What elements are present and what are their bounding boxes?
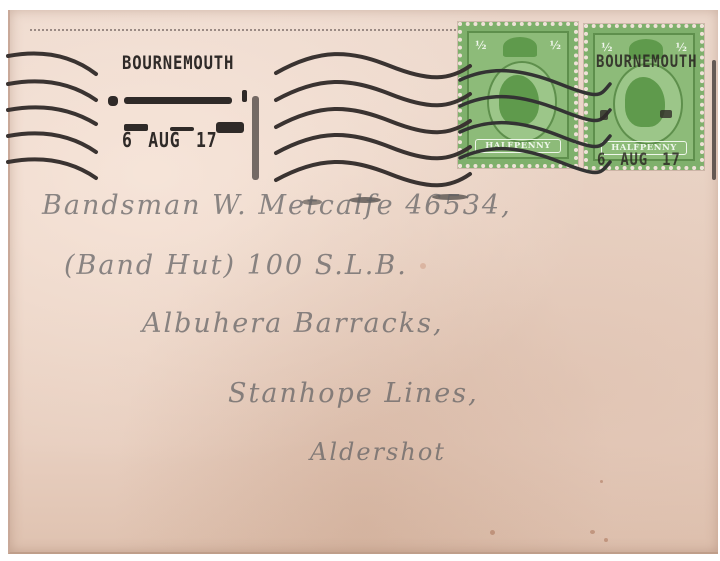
stamp-frame: ½ ½ HALFPENNY (467, 31, 569, 159)
address-line-lines: Stanhope Lines, (228, 378, 479, 409)
stamp-label: HALFPENNY (475, 139, 561, 153)
stamp-value: ½ (475, 39, 486, 52)
postmark-date-repeat: 6 AUG 17 (597, 150, 681, 170)
crown-icon (503, 37, 537, 57)
postmark-date: 6 AUG 17 (122, 128, 217, 152)
address-line-unit: (Band Hut) 100 S.L.B. (64, 250, 408, 281)
stamp-value: ½ (550, 39, 561, 52)
address-line-town: Aldershot (310, 438, 446, 466)
postmark-town: BOURNEMOUTH (122, 52, 234, 74)
stain (420, 263, 426, 269)
stain (604, 538, 608, 542)
postmark-town-repeat: BOURNEMOUTH (596, 52, 697, 72)
stain (490, 530, 495, 535)
stamp-halfpenny-1: ½ ½ HALFPENNY (458, 22, 578, 168)
address-line-name: Bandsman W. Metcalfe 46534, (42, 190, 512, 221)
stain (600, 480, 603, 483)
address-line-barracks: Albuhera Barracks, (142, 308, 444, 339)
stamp-halfpenny-2: ½ ½ HALFPENNY (584, 24, 704, 170)
stain (590, 530, 595, 534)
